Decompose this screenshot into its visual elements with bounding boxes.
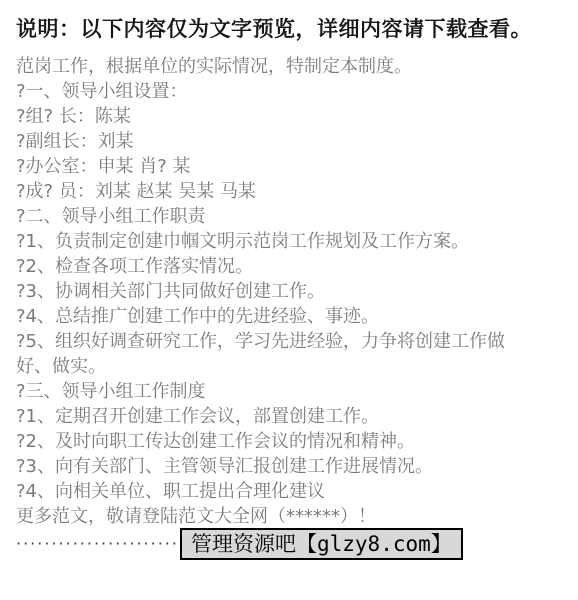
preview-line: 好、做实。 xyxy=(16,354,568,379)
document-preview-page: 说明：以下内容仅为文字预览，详细内容请下载查看。 范岗工作，根据单位的实际情况，… xyxy=(0,0,578,600)
preview-line: ?成? 员：刘某 赵某 吴某 马某 xyxy=(16,179,568,204)
preview-line: ?5、组织好调查研究工作，学习先进经验，力争将创建工作做 xyxy=(16,329,568,354)
preview-line: ?二、领导小组工作职责 xyxy=(16,204,568,229)
preview-line: ?副组长：刘某 xyxy=(16,129,568,154)
preview-line: ?4、总结推广创建工作中的先进经验、事迹。 xyxy=(16,304,568,329)
site-watermark-badge: 管理资源吧【glzy8.com】 xyxy=(180,528,463,560)
preview-line: 范岗工作，根据单位的实际情况，特制定本制度。 xyxy=(16,54,568,79)
preview-line: ?办公室：申某 肖? 某 xyxy=(16,154,568,179)
footer-row: ······················· 管理资源吧【glzy8.com】 xyxy=(16,528,568,560)
dotted-line: ······················· xyxy=(16,528,179,560)
preview-line: ?三、领导小组工作制度 xyxy=(16,379,568,404)
preview-line: ?1、负责制定创建巾帼文明示范岗工作规划及工作方案。 xyxy=(16,229,568,254)
preview-text-body: 范岗工作，根据单位的实际情况，特制定本制度。?一、领导小组设置：?组? 长：陈某… xyxy=(16,54,568,529)
preview-notice-heading: 说明：以下内容仅为文字预览，详细内容请下载查看。 xyxy=(16,16,568,42)
preview-line: ?3、协调相关部门共同做好创建工作。 xyxy=(16,279,568,304)
preview-line: ?4、向相关单位、职工提出合理化建议 xyxy=(16,479,568,504)
preview-line: ?一、领导小组设置： xyxy=(16,79,568,104)
preview-line: 更多范文，敬请登陆范文大全网（******）！ xyxy=(16,504,568,529)
preview-line: ?1、定期召开创建工作会议，部置创建工作。 xyxy=(16,404,568,429)
preview-line: ?组? 长：陈某 xyxy=(16,104,568,129)
preview-line: ?2、检查各项工作落实情况。 xyxy=(16,254,568,279)
preview-line: ?2、及时向职工传达创建工作会议的情况和精神。 xyxy=(16,429,568,454)
preview-line: ?3、向有关部门、主管领导汇报创建工作进展情况。 xyxy=(16,454,568,479)
